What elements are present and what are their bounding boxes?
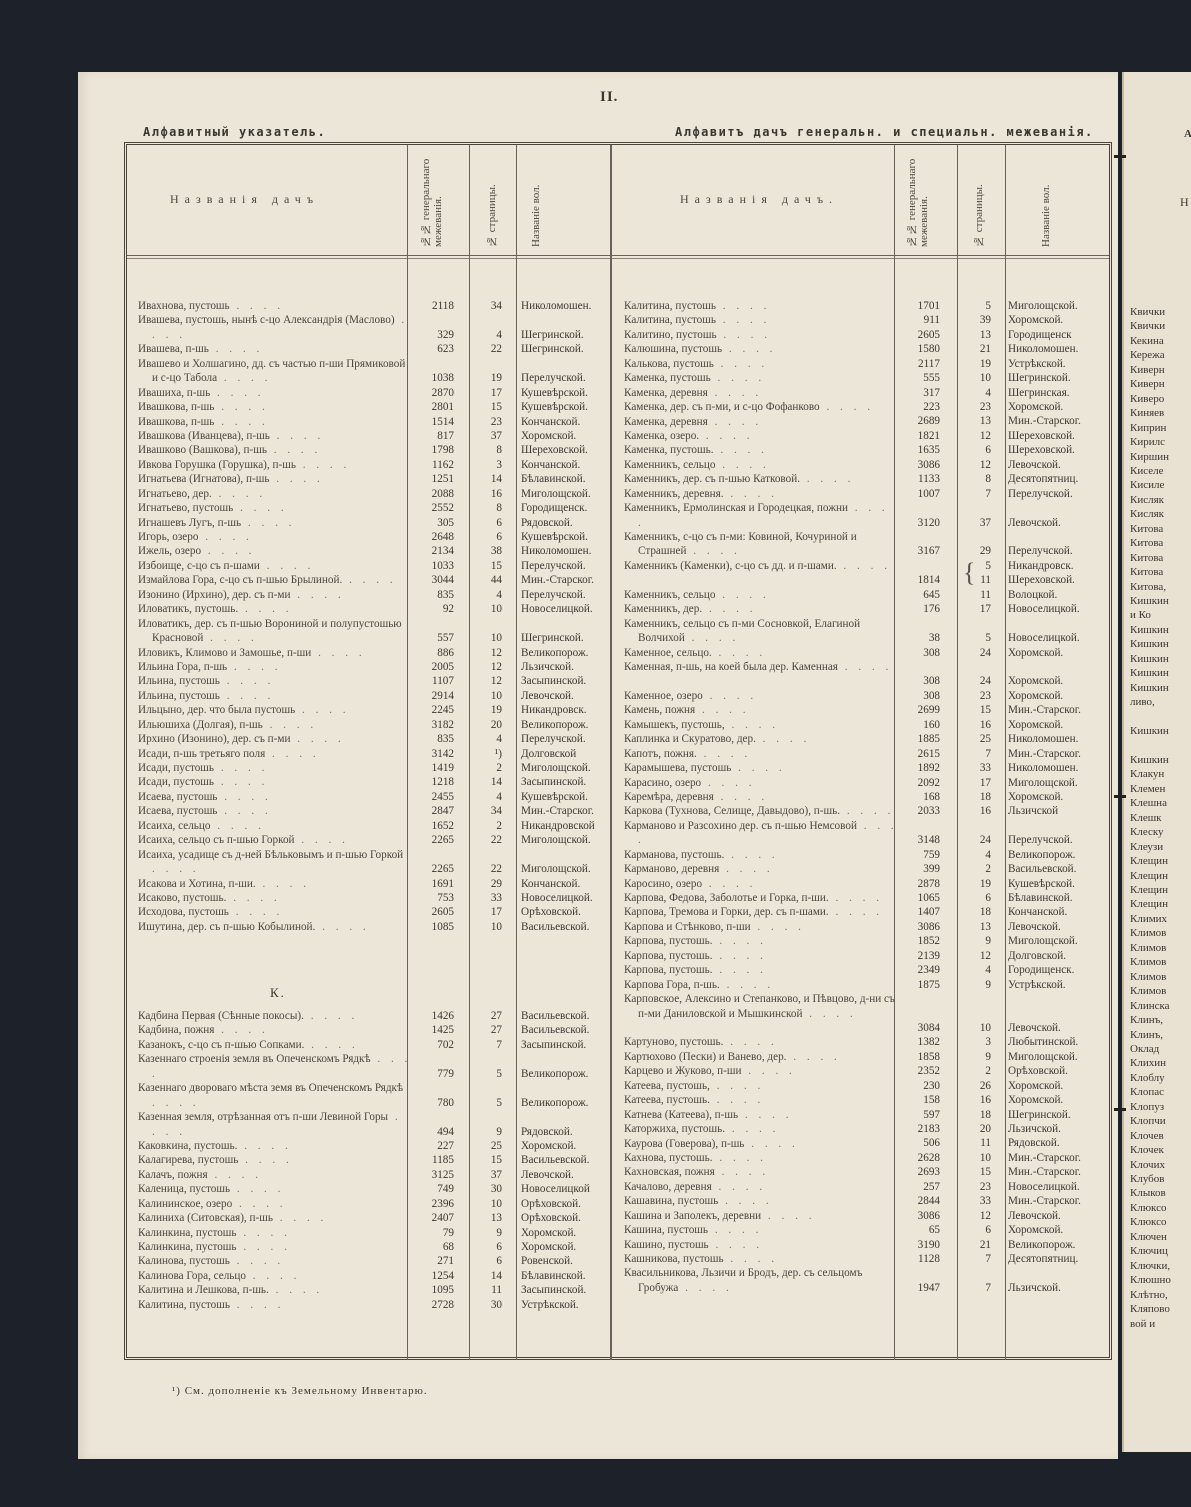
entry-survey-number: 2844	[894, 1194, 940, 1208]
next-page-entry: Клинска	[1130, 999, 1170, 1013]
entry-survey-number: 1133	[894, 472, 940, 486]
entry-name: Каменка, пустошь. . . . .	[624, 443, 900, 457]
entry-page-number: 27	[478, 1009, 502, 1023]
index-entry: Калиниха (Ситовская), п-шь . . . .240713…	[138, 1211, 608, 1225]
entry-page-number: 9	[478, 1125, 502, 1139]
entry-survey-number: 1085	[408, 920, 454, 934]
entry-page-number: 11	[967, 588, 991, 602]
entry-name: Калитина, пустошь . . . .	[138, 1298, 414, 1312]
entry-volost: Шегринская.	[1008, 386, 1070, 400]
index-entry: Каленица, пустошь . . . .74930Новоселицк…	[138, 1182, 608, 1196]
next-page-entry: Кисиле	[1130, 478, 1164, 492]
index-entry: Иловикъ, Климово и Замошье, п-ши . . . .…	[138, 646, 608, 660]
index-entry: Квасильникова, Льзичи и Бродъ, дер. съ с…	[624, 1266, 1104, 1295]
entry-volost: Долговской.	[1008, 949, 1066, 963]
entry-volost: Хоромской.	[1008, 646, 1063, 660]
entry-name: Игнатьева (Игнатова), п-шь . . . .	[138, 472, 414, 486]
entry-volost: Хоромской.	[1008, 1079, 1063, 1093]
entry-name: Исакова и Хотина, п-ши. . . . .	[138, 877, 414, 891]
entry-volost: Хоромской.	[1008, 400, 1063, 414]
index-entry: Ивахнова, пустошь . . . .211834Николомош…	[138, 299, 608, 313]
index-entry: Кахновская, пожня . . . .269315Мин.-Стар…	[624, 1165, 1104, 1179]
entry-survey-number: 1185	[408, 1153, 454, 1167]
entry-page-number: 13	[967, 414, 991, 428]
entry-name: Исади, п-шь третьяго поля . . . .	[138, 747, 414, 761]
index-entry: Ишутина, дер. съ п-шью Кобылиной. . . . …	[138, 920, 608, 934]
index-entry: Игнатьево, дер. . . . .208816Миголощской…	[138, 487, 608, 501]
entry-name: Кахновская, пожня . . . .	[624, 1165, 900, 1179]
index-entry: Исаева, пустошь . . . .24554Кушевѣрской.	[138, 790, 608, 804]
index-entry: Каменка, озеро. . . . .182112Шереховской…	[624, 429, 1104, 443]
running-head-right: Алфавитъ дачъ генеральн. и специальн. ме…	[675, 125, 1094, 139]
entry-name: Ильина, пустошь . . . .	[138, 689, 414, 703]
entry-page-number: 10	[967, 1021, 991, 1035]
next-page-entry: Кишкин	[1130, 753, 1169, 767]
entry-name: Калиниха (Ситовская), п-шь . . . .	[138, 1211, 414, 1225]
entry-name: Ильина Гора, п-шь . . . .	[138, 660, 414, 674]
next-page-entry: Китова	[1130, 551, 1163, 565]
entry-survey-number: 759	[894, 848, 940, 862]
entry-page-number: 34	[478, 804, 502, 818]
entry-survey-number: 308	[894, 674, 940, 688]
entry-survey-number: 2005	[408, 660, 454, 674]
entry-page-number: 34	[478, 299, 502, 313]
index-entry: Каменка, деревня . . . .268913Мин.-Старс…	[624, 415, 1104, 429]
entry-page-number: 13	[967, 328, 991, 342]
index-entry: Каменникъ, Ермолинская и Городецкая, пож…	[624, 501, 1104, 530]
next-page-entry: Климов	[1130, 984, 1166, 998]
entry-page-number: 33	[478, 891, 502, 905]
entry-page-number: 11	[967, 573, 991, 587]
entry-name: Исаиха, усадище съ д-ней Бѣльковымъ и п-…	[138, 848, 414, 877]
entry-volost: Миголощской.	[1008, 299, 1078, 313]
entry-survey-number: 1814	[894, 573, 940, 587]
index-entry: Исади, пустошь . . . .121814Засыпинской.	[138, 775, 608, 789]
next-page-entry: вой и	[1130, 1317, 1155, 1331]
index-entry: Каменка, пустошь. . . . .16356Шереховско…	[624, 443, 1104, 457]
entry-survey-number: 2693	[894, 1165, 940, 1179]
entry-page-number: 4	[478, 588, 502, 602]
entry-survey-number: 227	[408, 1139, 454, 1153]
entry-volost: Волоцкой.	[1008, 588, 1057, 602]
binding-mark	[1114, 1108, 1126, 1111]
entry-page-number: 15	[967, 1165, 991, 1179]
entry-page-number: 37	[478, 1168, 502, 1182]
entry-page-number: 15	[478, 1153, 502, 1167]
next-page-entry: Кляпово	[1130, 1302, 1170, 1316]
entry-name: Кашино, пустошь . . . .	[624, 1238, 900, 1252]
entry-volost: Васильевской.	[521, 1009, 589, 1023]
index-entry: Каменка, дер. съ п-ми, и с-цо Фофанково …	[624, 400, 1104, 414]
entry-page-number: 2	[478, 819, 502, 833]
entry-volost: Никандровской	[521, 819, 595, 833]
entry-volost: Николомошен.	[1008, 732, 1078, 746]
index-entry: Калачъ, пожня . . . .312537Левочской.	[138, 1168, 608, 1182]
entry-page-number: 2	[967, 1064, 991, 1078]
entry-survey-number: 1798	[408, 443, 454, 457]
entry-volost: Новоселицкой	[521, 1182, 590, 1196]
entry-page-number: 10	[478, 602, 502, 616]
entry-volost: Перелучской.	[521, 588, 586, 602]
index-entry: Ильина, пустошь . . . .291410Левочской.	[138, 689, 608, 703]
index-entry: Карпова, пустошь. . . . .23494Городищенс…	[624, 963, 1104, 977]
entry-volost: Шегринской.	[521, 328, 584, 342]
entry-survey-number: 911	[894, 313, 940, 327]
entry-name: Исаева, пустошь . . . .	[138, 790, 414, 804]
entry-name: Калагирева, пустошь . . . .	[138, 1153, 414, 1167]
index-entry: Карманова, пустошь. . . . .7594Великопор…	[624, 848, 1104, 862]
column-header-name-right: Названія дачъ.	[680, 192, 838, 207]
index-entry: Казеннаго двороваго мѣста земя въ Опечен…	[138, 1081, 608, 1110]
next-page-entry: Кережа	[1130, 348, 1165, 362]
entry-volost: Новоселицкой.	[521, 891, 593, 905]
entry-page-number: 22	[478, 833, 502, 847]
entry-survey-number: 92	[408, 602, 454, 616]
entry-name: Кашина, пустошь . . . .	[624, 1223, 900, 1237]
entry-page-number: 10	[967, 1151, 991, 1165]
entry-name: Игнатьево, дер. . . . .	[138, 487, 414, 501]
next-page-entry: Клопас	[1130, 1085, 1164, 1099]
entry-survey-number: 2648	[408, 530, 454, 544]
index-entry: Калькова, пустошь . . . .211719Устрѣкско…	[624, 357, 1104, 371]
next-page-entry: Клакун	[1130, 767, 1164, 781]
entry-name: Ильюшиха (Долгая), п-шь . . . .	[138, 718, 414, 732]
entry-page-number: 8	[478, 501, 502, 515]
entry-volost: Орѣховской.	[1008, 1064, 1068, 1078]
next-page-entry: Кишкин	[1130, 652, 1169, 666]
next-page-entry: Клочев	[1130, 1129, 1164, 1143]
entry-name: Карпова, пустошь. . . . .	[624, 934, 900, 948]
entry-page-number: 24	[967, 833, 991, 847]
entry-page-number: 7	[967, 1281, 991, 1295]
entry-survey-number: 1852	[894, 934, 940, 948]
entry-survey-number: 3086	[894, 920, 940, 934]
index-entry: Качалово, деревня . . . .25723Новоселицк…	[624, 1180, 1104, 1194]
index-entry: Каросино, озеро . . . .287819Кушевѣрской…	[624, 877, 1104, 891]
column-header-survey-right: №№ генеральнаго межеванія.	[906, 152, 942, 247]
entry-name: Калинова Гора, сельцо . . . .	[138, 1269, 414, 1283]
entry-name: Карамышева, пустошь . . . .	[624, 761, 900, 775]
entry-survey-number: 780	[408, 1096, 454, 1110]
index-entry: Карманово и Разсохино дер. съ п-шью Немс…	[624, 819, 1104, 848]
entry-name: Каменникъ, дер. . . . .	[624, 602, 900, 616]
entry-survey-number: 168	[894, 790, 940, 804]
entry-survey-number: 1065	[894, 891, 940, 905]
entry-page-number: 20	[967, 1122, 991, 1136]
entry-survey-number: 753	[408, 891, 454, 905]
entry-volost: Засыпинской.	[521, 1038, 586, 1052]
entry-page-number: 6	[478, 1254, 502, 1268]
entry-volost: Новоселицкой.	[521, 602, 593, 616]
index-entry: Иловатикъ, дер. съ п-шью Ворониной и пол…	[138, 617, 608, 646]
entry-survey-number: 308	[894, 689, 940, 703]
entry-name: Калитина, пустошь . . . .	[624, 313, 900, 327]
entry-volost: Устрѣкской.	[521, 1298, 579, 1312]
entry-name: Катнева (Катеева), п-шь . . . .	[624, 1108, 900, 1122]
next-page-entry: Ключен	[1130, 1230, 1167, 1244]
entry-volost: Засыпинской.	[521, 775, 586, 789]
entry-survey-number: 2134	[408, 544, 454, 558]
entry-page-number: 6	[478, 530, 502, 544]
entry-volost: Левочской.	[521, 689, 574, 703]
entry-volost: Никандровск.	[521, 703, 587, 717]
entry-page-number: 17	[967, 602, 991, 616]
entry-name: Исади, пустошь . . . .	[138, 761, 414, 775]
index-entry: Ивашкова, п-шь . . . .151423Кончанской.	[138, 415, 608, 429]
index-entry: Кашавина, пустошь . . . .284433Мин.-Стар…	[624, 1194, 1104, 1208]
entry-volost: Новоселицкой.	[1008, 631, 1080, 645]
next-page-running-head: А	[1184, 127, 1191, 141]
entry-volost: Городищенск.	[521, 501, 587, 515]
entry-page-number: 10	[478, 689, 502, 703]
entry-name: Карманово, деревня . . . .	[624, 862, 900, 876]
next-page-entry: Ключки,	[1130, 1259, 1170, 1273]
entry-survey-number: 886	[408, 646, 454, 660]
entry-survey-number: 2139	[894, 949, 940, 963]
index-entry: Каменное, озеро . . . .30823Хоромской.	[624, 689, 1104, 703]
column-header-page-left: № страницы.	[486, 152, 500, 247]
entry-survey-number: 160	[894, 718, 940, 732]
entry-page-number: 17	[478, 905, 502, 919]
index-entry: Карпова, пустошь. . . . .18529Миголощско…	[624, 934, 1104, 948]
index-entry: Кашина, пустошь . . . .656Хоромской.	[624, 1223, 1104, 1237]
entry-volost: Льзичской	[1008, 804, 1058, 818]
entry-page-number: 10	[967, 371, 991, 385]
entry-name: Карманова, пустошь. . . . .	[624, 848, 900, 862]
entry-volost: Орѣховской.	[521, 1211, 581, 1225]
index-entry: Казенная земля, отрѣзанная отъ п-ши Леви…	[138, 1110, 608, 1139]
entry-page-number: 4	[967, 963, 991, 977]
entry-name: Каменникъ, сельцо . . . .	[624, 458, 900, 472]
entry-page-number: 4	[478, 790, 502, 804]
entry-name: Калитина, пустошь . . . .	[624, 299, 900, 313]
entry-page-number: 23	[967, 1180, 991, 1194]
index-entry: Ивашиха, п-шь . . . .287017Кушевѣрской.	[138, 386, 608, 400]
entry-volost: Льзичской.	[521, 660, 574, 674]
entry-name: Карпова, пустошь. . . . .	[624, 949, 900, 963]
index-entry: Каремѣра, деревня . . . .16818Хоромской.	[624, 790, 1104, 804]
entry-page-number: 10	[478, 920, 502, 934]
next-page-entry: Климов	[1130, 955, 1166, 969]
entry-volost: Шегринской.	[521, 631, 584, 645]
entry-survey-number: 2728	[408, 1298, 454, 1312]
entry-volost: Десятопятниц.	[1008, 472, 1078, 486]
entry-volost: Хоромской.	[521, 429, 576, 443]
entry-volost: Рядовской.	[521, 516, 573, 530]
entry-name: Игорь, озеро . . . .	[138, 530, 414, 544]
entry-name: Каменникъ, с-цо съ п-ми: Ковиной, Кочури…	[624, 530, 900, 559]
entry-volost: Мин.-Старског.	[1008, 1194, 1081, 1208]
entry-volost: Десятопятниц.	[1008, 1252, 1078, 1266]
entry-page-number: 6	[478, 516, 502, 530]
entry-survey-number: 2245	[408, 703, 454, 717]
entry-volost: Долговской	[521, 747, 576, 761]
index-entry: Катнева (Катеева), п-шь . . . .59718Шегр…	[624, 1108, 1104, 1122]
index-entry: Исаково, пустошь. . . . .75333Новоселицк…	[138, 891, 608, 905]
next-page-entry: Клоблу	[1130, 1071, 1165, 1085]
entry-name: Иловатикъ, дер. съ п-шью Ворониной и пол…	[138, 617, 414, 646]
entry-volost: Миголощской.	[1008, 1050, 1078, 1064]
column-rule	[610, 145, 612, 1360]
column-header-volost-left: Названіе вол.	[530, 152, 544, 247]
index-entry: Карцево и Жуково, п-ши . . . .23522Орѣхо…	[624, 1064, 1104, 1078]
index-entry: Каменная, п-шь, на коей была дер. Каменн…	[624, 660, 1104, 689]
entry-name: Ирхино (Изонино), дер. съ п-ми . . . .	[138, 732, 414, 746]
entry-survey-number: 1033	[408, 559, 454, 573]
entry-survey-number: 1038	[408, 371, 454, 385]
next-page-entry: Клюксо	[1130, 1201, 1167, 1215]
entry-name: Казенная земля, отрѣзанная отъ п-ши Леви…	[138, 1110, 414, 1139]
entry-volost: Мин.-Старског.	[521, 804, 594, 818]
entry-volost: Перелучской.	[1008, 487, 1073, 501]
entry-volost: Кончанской.	[521, 877, 580, 891]
entry-volost: Великопорож.	[1008, 1238, 1075, 1252]
entry-name: Исади, пустошь . . . .	[138, 775, 414, 789]
entry-page-number: 9	[967, 1050, 991, 1064]
index-entry: Каменникъ, дер. съ п-шью Катковой. . . .…	[624, 472, 1104, 486]
entry-volost: Городищенск	[1008, 328, 1072, 342]
entry-page-number: 25	[967, 732, 991, 746]
entry-name: Карпова Гора, п-шь. . . . .	[624, 978, 900, 992]
next-page-entry: Клещин	[1130, 854, 1168, 868]
entry-survey-number: 2801	[408, 400, 454, 414]
entry-name: Капотъ, пожня. . . . .	[624, 747, 900, 761]
index-entry: Камень, пожня . . . .269915Мин.-Старског…	[624, 703, 1104, 717]
next-page-entry: Оклад	[1130, 1042, 1159, 1056]
entry-page-number: 4	[478, 328, 502, 342]
entry-page-number: 3	[478, 458, 502, 472]
index-entry: Калюшина, пустошь . . . .158021Николомош…	[624, 342, 1104, 356]
index-entry: Калинкина, пустошь . . . .799Хоромской.	[138, 1226, 608, 1240]
entry-name: Карпова, Федова, Заболотье и Горка, п-ши…	[624, 891, 900, 905]
column-header-survey-left: №№ генеральнаго межеванія.	[420, 152, 456, 247]
index-entry: Каменникъ, сельцо . . . .64511Волоцкой.	[624, 588, 1104, 602]
entry-page-number: 38	[478, 544, 502, 558]
entry-page-number: 18	[967, 1108, 991, 1122]
next-page-entry: Кишкин	[1130, 637, 1169, 651]
next-page-entry: Кишкин	[1130, 666, 1169, 680]
index-entry: Кашникова, пустошь . . . .11287Десятопят…	[624, 1252, 1104, 1266]
entry-survey-number: 3125	[408, 1168, 454, 1182]
entry-page-number: 14	[478, 472, 502, 486]
entry-name: Ивашково (Вашкова), п-шь . . . .	[138, 443, 414, 457]
entry-page-number: 16	[967, 718, 991, 732]
entry-page-number: 15	[967, 703, 991, 717]
index-entry: Карповское, Алексино и Степанково, и Пѣв…	[624, 992, 1104, 1035]
entry-volost: Левочской.	[1008, 458, 1061, 472]
entry-name: Игнатьево, пустошь . . . .	[138, 501, 414, 515]
column-header-volost-right: Названіе вол.	[1040, 152, 1054, 247]
index-entry: Катеева, пустошь, . . . .23026Хоромской.	[624, 1079, 1104, 1093]
entry-name: Каменникъ, дер. съ п-шью Катковой. . . .…	[624, 472, 900, 486]
entry-page-number: 21	[967, 342, 991, 356]
entry-volost: Николомошен.	[1008, 342, 1078, 356]
entry-name: Каменка, деревня . . . .	[624, 415, 900, 429]
entry-survey-number: 1875	[894, 978, 940, 992]
entry-volost: Новоселицкой.	[1008, 602, 1080, 616]
entry-survey-number: 2689	[894, 414, 940, 428]
index-entry: Калинова Гора, сельцо . . . .125414Бѣлав…	[138, 1269, 608, 1283]
entry-survey-number: 1514	[408, 415, 454, 429]
entry-page-number: 12	[478, 660, 502, 674]
entry-survey-number: 2265	[408, 833, 454, 847]
index-entry: Калитина, пустошь . . . .91139Хоромской.	[624, 313, 1104, 327]
next-page-entry: Киняев	[1130, 406, 1164, 420]
entry-page-number: 44	[478, 573, 502, 587]
entry-page-number: 8	[478, 443, 502, 457]
entry-survey-number: 1580	[894, 342, 940, 356]
entry-name: Калитино, пустошь . . . .	[624, 328, 900, 342]
entry-survey-number: 2628	[894, 1151, 940, 1165]
entry-volost: Любытинской.	[1008, 1035, 1078, 1049]
next-page-entry: Кекина	[1130, 334, 1164, 348]
entry-survey-number: 2265	[408, 862, 454, 876]
index-entry: Камышекъ, пустошь, . . . .16016Хоромской…	[624, 718, 1104, 732]
entry-page-number: 6	[478, 1240, 502, 1254]
index-entry: Исаиха, сельцо . . . .16522Никандровской	[138, 819, 608, 833]
entry-page-number: 7	[967, 487, 991, 501]
index-entry: Игнатьева (Игнатова), п-шь . . . .125114…	[138, 472, 608, 486]
entry-name: Ивашкова (Иванцева), п-шь . . . .	[138, 429, 414, 443]
entry-survey-number: 158	[894, 1093, 940, 1107]
entry-volost: Кушевѣрской.	[521, 530, 588, 544]
next-page-entry: Клеузи	[1130, 840, 1163, 854]
entry-page-number: 22	[478, 862, 502, 876]
entry-survey-number: 1821	[894, 429, 940, 443]
entry-volost: Перелучской.	[1008, 544, 1073, 558]
entry-page-number: 4	[967, 848, 991, 862]
entry-volost: Орѣховской.	[521, 905, 581, 919]
entry-volost: Хоромской.	[1008, 1093, 1063, 1107]
next-page-entry: Клеску	[1130, 825, 1164, 839]
next-page-entry: Киверн	[1130, 377, 1165, 391]
entry-volost: Перелучской.	[521, 732, 586, 746]
entry-volost: Кушевѣрской.	[1008, 877, 1075, 891]
index-entry: Каменникъ, сельцо . . . .308612Левочской…	[624, 458, 1104, 472]
entry-page-number: 33	[967, 761, 991, 775]
entry-page-number: 25	[478, 1139, 502, 1153]
entry-survey-number: 835	[408, 732, 454, 746]
entry-survey-number: 79	[408, 1226, 454, 1240]
entry-volost: Хоромской.	[521, 1226, 576, 1240]
entry-name: Ишутина, дер. съ п-шью Кобылиной. . . . …	[138, 920, 414, 934]
entry-survey-number: 2183	[894, 1122, 940, 1136]
entry-page-number: 24	[967, 674, 991, 688]
next-page-entry: и Ко	[1130, 608, 1151, 622]
entry-survey-number: 1107	[408, 674, 454, 688]
entry-volost: Миголощской.	[1008, 934, 1078, 948]
entry-survey-number: 2407	[408, 1211, 454, 1225]
entry-name: Измайлова Гора, с-цо съ п-шью Брылиной. …	[138, 573, 414, 587]
index-entry: Калитино, пустошь . . . .260513Городищен…	[624, 328, 1104, 342]
entry-volost: Васильевской.	[521, 920, 589, 934]
index-entry: Калитина, пустошь . . . .17015Миголощско…	[624, 299, 1104, 313]
next-page-entry: Клопчи	[1130, 1114, 1166, 1128]
entry-survey-number: 2699	[894, 703, 940, 717]
entry-page-number: 30	[478, 1182, 502, 1196]
entry-page-number: 24	[967, 646, 991, 660]
entry-survey-number: 1407	[894, 905, 940, 919]
entry-name: Исаиха, сельцо . . . .	[138, 819, 414, 833]
entry-page-number: 37	[478, 429, 502, 443]
entry-page-number: 16	[967, 1093, 991, 1107]
index-entry: Исаиха, сельцо съ п-шью Горкой . . . .22…	[138, 833, 608, 847]
entry-volost: Никандровск.	[1008, 559, 1074, 573]
entry-name: Казеннаго строенія земля въ Опеченскомъ …	[138, 1052, 414, 1081]
page-number: II.	[600, 89, 618, 106]
index-entry: Карпова, Федова, Заболотье и Горка, п-ши…	[624, 891, 1104, 905]
entry-name: Казеннаго двороваго мѣста земя въ Опечен…	[138, 1081, 414, 1110]
